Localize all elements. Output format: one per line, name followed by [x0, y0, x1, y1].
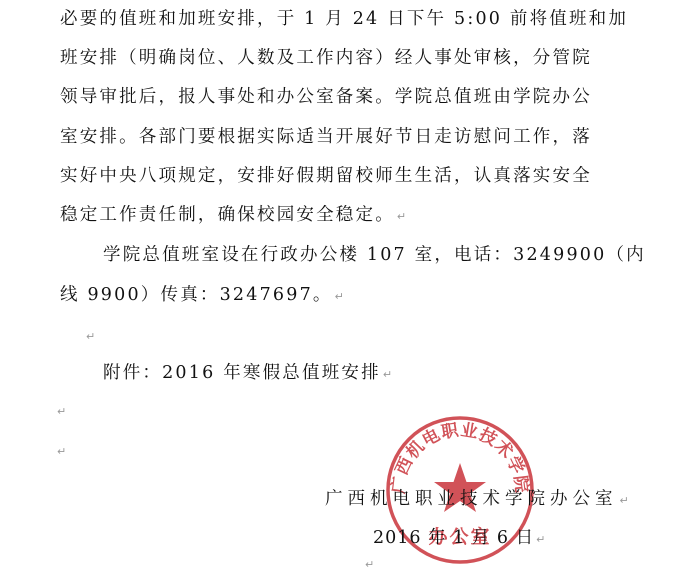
paragraph-mark-icon: ↵: [86, 330, 95, 343]
paragraph-mark-icon: ↵: [397, 210, 406, 223]
signature-date: 2016 年 1 月 6 日↵: [373, 524, 545, 549]
text-line: 稳定工作责任制，确保校园安全稳定。↵: [60, 204, 406, 228]
text-line: 线 9900）传真：3247697。↵: [60, 284, 344, 308]
date-text: 2016 年 1 月 6 日: [373, 528, 534, 548]
text-line: 必要的值班和加班安排，于 1 月 24 日下午 5:00 前将值班和加: [60, 8, 628, 30]
organization-name: 广西机电职业技术学院办公室: [325, 489, 618, 509]
text-line: 实好中央八项规定，安排好假期留校师生生活，认真落实安全: [60, 165, 592, 187]
paragraph-mark-icon: ↵: [536, 533, 545, 546]
text-line: 领导审批后，报人事处和办公室备案。学院总值班由学院办公: [60, 86, 592, 108]
text-line: 班安排（明确岗位、人数及工作内容）经人事处审核，分管院: [60, 47, 592, 69]
attachment-text: 附件：2016 年寒假总值班安排: [103, 363, 381, 383]
paragraph-mark-icon: ↵: [57, 445, 66, 458]
text-line: 室安排。各部门要根据实际适当开展好节日走访慰问工作，落: [60, 126, 592, 148]
paragraph-mark-icon: ↵: [365, 558, 374, 569]
paragraph-mark-icon: ↵: [335, 290, 344, 303]
text-line-content: 稳定工作责任制，确保校园安全稳定。: [60, 205, 395, 225]
paragraph-mark-icon: ↵: [57, 405, 66, 418]
signature-organization: 广西机电职业技术学院办公室↵: [325, 485, 629, 510]
attachment-line: 附件：2016 年寒假总值班安排↵: [103, 362, 392, 386]
paragraph-mark-icon: ↵: [620, 494, 629, 507]
paragraph-mark-icon: ↵: [383, 368, 392, 381]
text-line-content: 线 9900）传真：3247697。: [60, 285, 333, 305]
text-line: 学院总值班室设在行政办公楼 107 室，电话：3249900（内: [103, 244, 646, 266]
